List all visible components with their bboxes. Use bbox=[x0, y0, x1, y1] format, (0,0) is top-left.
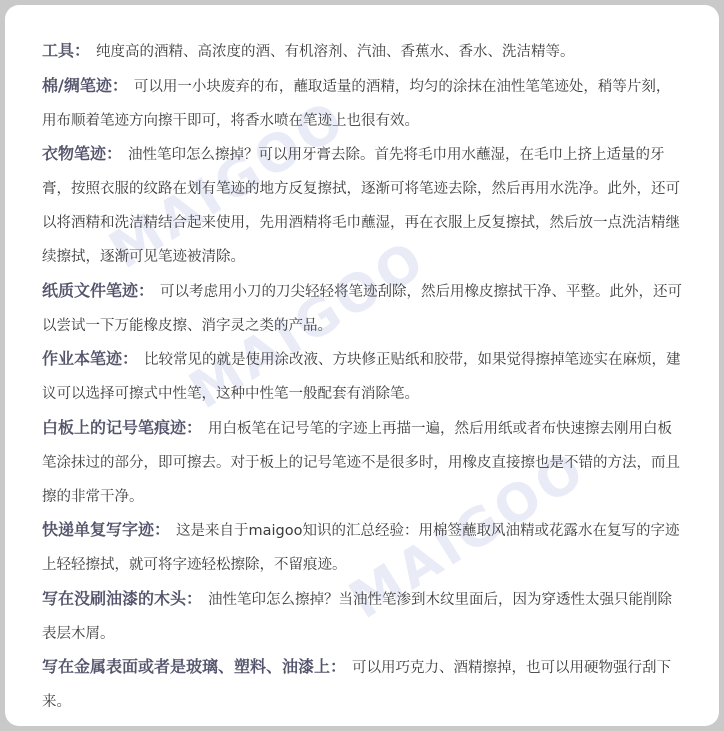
entry-label: 写在金属表面或者是玻璃、塑料、油漆上： bbox=[42, 657, 346, 676]
entry-label: 衣物笔迹： bbox=[42, 144, 122, 163]
entry-cotton-silk: 棉/绸笔迹：可以用一小块废弃的布，蘸取适量的酒精，均匀的涂抹在油性笔笔迹处，稍等… bbox=[42, 69, 683, 138]
content-card: MAIGOO MAIGOO MAIGOO 工具：纯度高的酒精、高浓度的酒、有机溶… bbox=[5, 5, 719, 726]
entry-unpainted-wood: 写在没刷油漆的木头：油性笔印怎么擦掉？当油性笔渗到木纹里面后，因为穿透性太强只能… bbox=[42, 582, 683, 651]
entry-label: 白板上的记号笔痕迹： bbox=[42, 418, 202, 437]
entry-courier-slip: 快递单复写字迹：这是来自于maigoo知识的汇总经验：用棉签蘸取风油精或花露水在… bbox=[42, 513, 683, 582]
entry-label: 快递单复写字迹： bbox=[42, 520, 170, 539]
entry-tools: 工具：纯度高的酒精、高浓度的酒、有机溶剂、汽油、香蕉水、香水、洗洁精等。 bbox=[42, 34, 683, 69]
entry-text: 可以用一小块废弃的布，蘸取适量的酒精，均匀的涂抹在油性笔笔迹处，稍等片刻，用布顺… bbox=[42, 79, 670, 129]
entry-homework-book: 作业本笔迹：比较常见的就是使用涂改液、方块修正贴纸和胶带，如果觉得擦掉笔迹实在麻… bbox=[42, 342, 683, 411]
entry-paper-documents: 纸质文件笔迹：可以考虑用小刀的刀尖轻轻将笔迹刮除，然后用橡皮擦拭干净、平整。此外… bbox=[42, 274, 683, 343]
entry-label: 写在没刷油漆的木头： bbox=[42, 589, 202, 608]
entry-whiteboard: 白板上的记号笔痕迹：用白板笔在记号笔的字迹上再描一遍，然后用纸或者布快速擦去刚用… bbox=[42, 411, 683, 514]
entry-clothing: 衣物笔迹：油性笔印怎么擦掉？可以用牙膏去除。首先将毛巾用水蘸湿，在毛巾上挤上适量… bbox=[42, 137, 683, 274]
entry-label: 纸质文件笔迹： bbox=[42, 281, 154, 300]
entry-label: 工具： bbox=[42, 41, 90, 60]
entry-label: 棉/绸笔迹： bbox=[42, 76, 128, 95]
entry-text: 纯度高的酒精、高浓度的酒、有机溶剂、汽油、香蕉水、香水、洗洁精等。 bbox=[96, 44, 575, 60]
entry-label: 作业本笔迹： bbox=[42, 349, 138, 368]
entry-text: 油性笔印怎么擦掉？可以用牙膏去除。首先将毛巾用水蘸湿，在毛巾上挤上适量的牙膏，按… bbox=[42, 147, 680, 265]
entry-metal-glass-plastic: 写在金属表面或者是玻璃、塑料、油漆上：可以用巧克力、酒精擦掉，也可以用硬物强行刮… bbox=[42, 650, 683, 719]
